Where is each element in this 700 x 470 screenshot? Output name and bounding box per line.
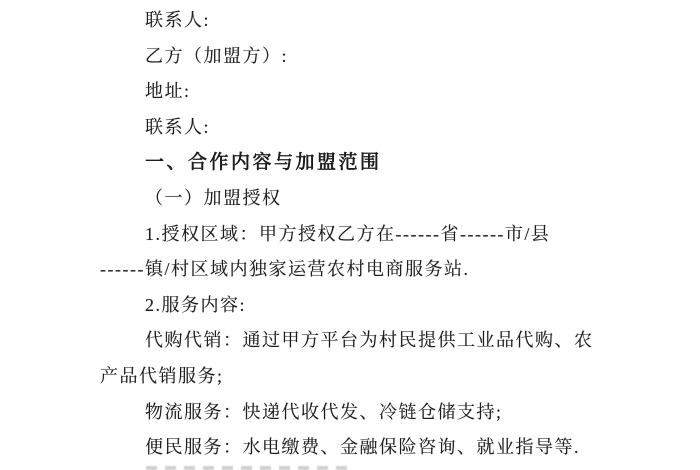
clause-authorized-region-cont: ------镇/村区域内独家运营农村电商服务站. bbox=[100, 252, 640, 288]
contact-person-line-1: 联系人: bbox=[100, 3, 640, 39]
contract-text-block: 联系人: 乙方（加盟方）: 地址: 联系人: 一、合作内容与加盟范围 （一）加盟… bbox=[100, 3, 640, 466]
address-line: 地址: bbox=[100, 74, 640, 110]
contact-person-line-2: 联系人: bbox=[100, 110, 640, 146]
party-b-franchisee-line: 乙方（加盟方）: bbox=[100, 39, 640, 75]
section-1-heading: 一、合作内容与加盟范围 bbox=[100, 145, 640, 181]
service-item-logistics: 物流服务：快递代收代发、冷链仓储支持; bbox=[100, 395, 640, 431]
service-item-convenience: 便民服务：水电缴费、金融保险咨询、就业指导等. bbox=[100, 430, 640, 466]
service-item-purchasing-cont: 产品代销服务; bbox=[100, 359, 640, 395]
service-item-purchasing-agency: 代购代销：通过甲方平台为村民提供工业品代购、农 bbox=[100, 323, 640, 359]
clause-service-content: 2.服务内容: bbox=[100, 288, 640, 324]
cut-off-next-line-fragment bbox=[146, 466, 351, 470]
clause-authorized-region: 1.授权区域：甲方授权乙方在------省------市/县 bbox=[100, 217, 640, 253]
subsection-1-heading: （一）加盟授权 bbox=[100, 181, 640, 217]
document-page: 联系人: 乙方（加盟方）: 地址: 联系人: 一、合作内容与加盟范围 （一）加盟… bbox=[0, 0, 700, 470]
